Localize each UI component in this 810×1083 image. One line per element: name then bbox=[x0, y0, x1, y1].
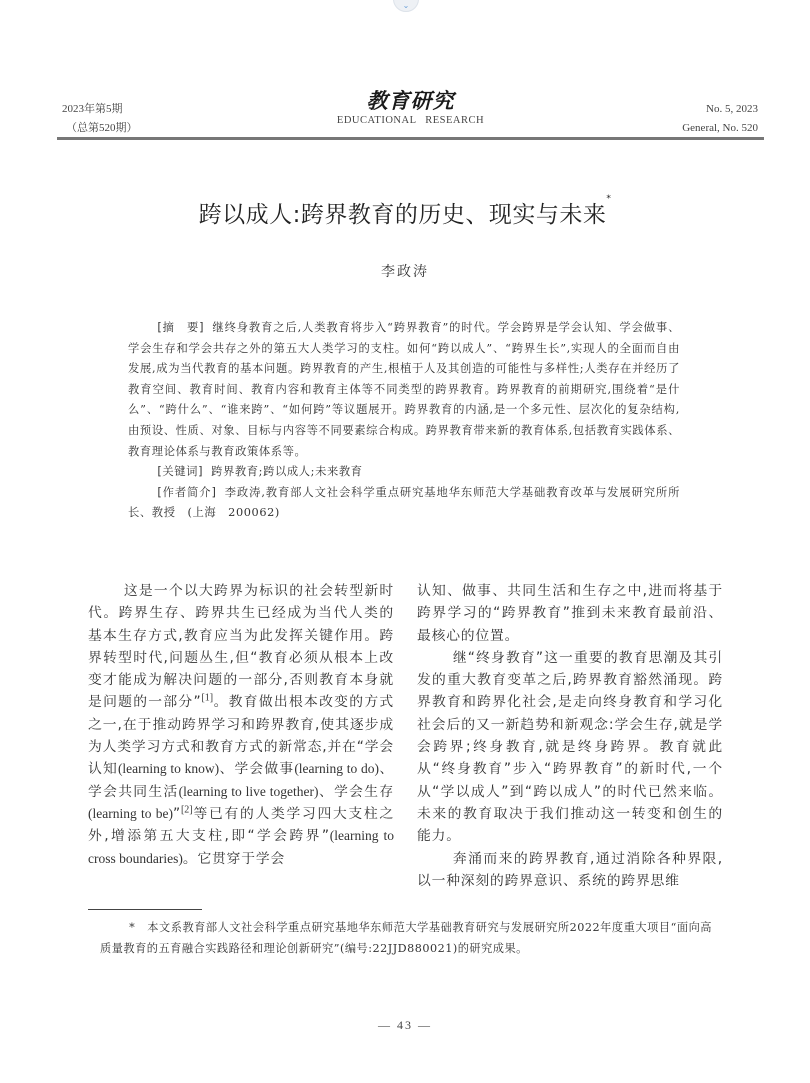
issue-general: General, No. 520 bbox=[682, 119, 758, 138]
keywords-text: 跨界教育;跨以成人;未来教育 bbox=[211, 465, 363, 478]
footnote-body: 本文系教育部人文社会科学重点研究基地华东师范大学基础教育研究与发展研究所2022… bbox=[100, 921, 712, 955]
text-run: ” bbox=[173, 806, 181, 822]
citation-2[interactable]: [2] bbox=[181, 804, 193, 815]
title-text: 跨以成人:跨界教育的历史、现实与未来 bbox=[199, 202, 607, 228]
body-column-left: 这是一个以大跨界为标识的社会转型新时代。跨界生存、跨界共生已经成为当代人类的基本… bbox=[88, 580, 394, 870]
chevron-down-icon: ⌄ bbox=[403, 1, 410, 11]
english-term: (learning to know) bbox=[118, 761, 219, 776]
text-run: 、学会生存 bbox=[318, 784, 394, 800]
issue-info-en: No. 5, 2023 General, No. 520 bbox=[682, 100, 758, 138]
author-name: 李政涛 bbox=[0, 261, 810, 281]
abstract: [摘 要]继终身教育之后,人类教育将步入“跨界教育”的时代。学会跨界是学会认知、… bbox=[128, 318, 680, 462]
header-divider bbox=[57, 137, 764, 140]
article-title: 跨以成人:跨界教育的历史、现实与未来* bbox=[0, 196, 810, 229]
english-term: (learning to live together) bbox=[179, 784, 319, 799]
title-footnote-mark: * bbox=[606, 194, 611, 204]
abstract-block: [摘 要]继终身教育之后,人类教育将步入“跨界教育”的时代。学会跨界是学会认知、… bbox=[128, 318, 680, 524]
body-paragraph-continued: 认知、做事、共同生活和生存之中,进而将基于跨界学习的“跨界教育”推到未来教育最前… bbox=[417, 580, 723, 647]
journal-name-en: EDUCATIONAL RESEARCH bbox=[57, 114, 764, 128]
keywords-label: [关键词] bbox=[157, 465, 203, 478]
abstract-label: [摘 要] bbox=[157, 321, 204, 334]
journal-header: 2023年第5期 （总第520期） 教育研究 EDUCATIONAL RESEA… bbox=[57, 100, 764, 140]
body-paragraph: 这是一个以大跨界为标识的社会转型新时代。跨界生存、跨界共生已经成为当代人类的基本… bbox=[88, 580, 394, 870]
footnote-mark: * bbox=[129, 921, 135, 934]
keywords: [关键词]跨界教育;跨以成人;未来教育 bbox=[128, 462, 680, 483]
citation-1[interactable]: [1] bbox=[201, 693, 213, 704]
page-number: — 43 — bbox=[0, 1018, 810, 1033]
english-term: (learning to do) bbox=[294, 761, 379, 776]
author-bio: [作者简介]李政涛,教育部人文社会科学重点研究基地华东师范大学基础教育改革与发展… bbox=[128, 483, 680, 524]
english-term: (learning to be) bbox=[88, 806, 173, 821]
journal-logo: 教育研究 bbox=[57, 88, 764, 114]
issue-number: No. 5, 2023 bbox=[682, 100, 758, 119]
footnote: *本文系教育部人文社会科学重点研究基地华东师范大学基础教育研究与发展研究所202… bbox=[100, 917, 712, 960]
journal-masthead: 教育研究 EDUCATIONAL RESEARCH bbox=[57, 88, 764, 128]
body-paragraph: 继“终身教育”这一重要的教育思潮及其引发的重大教育变革之后,跨界教育豁然涌现。跨… bbox=[417, 647, 723, 848]
text-run: 。它贯穿于学会 bbox=[183, 851, 285, 867]
footnote-text: *本文系教育部人文社会科学重点研究基地华东师范大学基础教育研究与发展研究所202… bbox=[100, 917, 712, 960]
body-paragraph: 奔涌而来的跨界教育,通过消除各种界限,以一种深刻的跨界意识、系统的跨界思维 bbox=[417, 848, 723, 893]
abstract-text: 继终身教育之后,人类教育将步入“跨界教育”的时代。学会跨界是学会认知、学会做事、… bbox=[128, 321, 680, 458]
text-run: 、学会做事 bbox=[219, 761, 294, 777]
scroll-up-button[interactable]: ⌄ bbox=[393, 0, 419, 12]
text-run: 这是一个以大跨界为标识的社会转型新时代。跨界生存、跨界共生已经成为当代人类的基本… bbox=[88, 583, 394, 710]
footnote-divider bbox=[88, 909, 202, 910]
author-bio-label: [作者简介] bbox=[157, 486, 216, 499]
body-column-right: 认知、做事、共同生活和生存之中,进而将基于跨界学习的“跨界教育”推到未来教育最前… bbox=[417, 580, 723, 892]
